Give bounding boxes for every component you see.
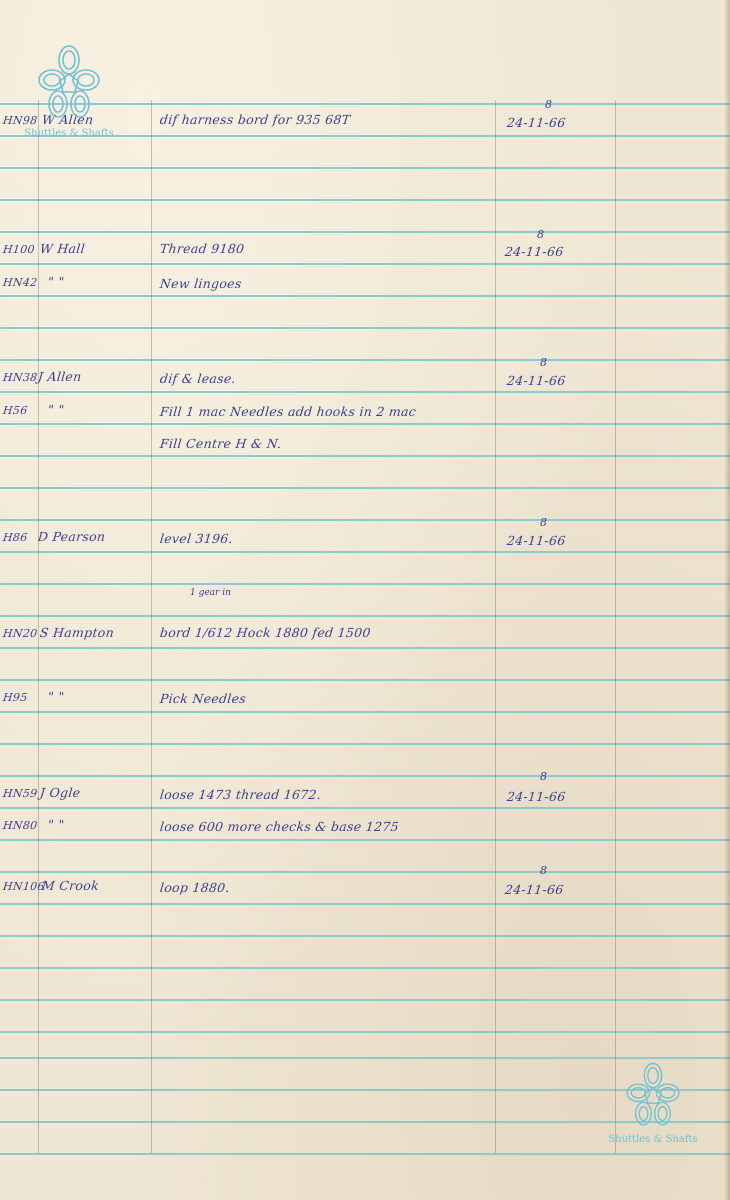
entry-name: D Pearson (37, 529, 106, 544)
ruled-line (0, 263, 730, 265)
entry-note: loose 1473 thread 1672. (159, 787, 322, 802)
ruled-line (0, 775, 730, 777)
ruled-line (0, 1031, 730, 1033)
ruled-line (0, 1057, 730, 1059)
entry-name: S Hampton (39, 625, 115, 640)
watermark-text: Shuttles & Shafts (608, 1134, 698, 1145)
column-rule (151, 100, 152, 1153)
entry-name: M Crook (41, 878, 100, 893)
ruled-line (0, 295, 730, 297)
entry-note: bord 1/612 Hock 1880 fed 1500 (159, 625, 371, 640)
entry-ref: HN59 (2, 787, 38, 800)
watermark-text: Shuttles & Shafts (24, 128, 114, 139)
entry-name: " " (47, 402, 65, 417)
entry-mark: 8 (540, 516, 547, 529)
watermark-logo: Shuttles & Shafts (24, 42, 114, 139)
ruled-line (0, 903, 730, 905)
column-rule (495, 100, 496, 1153)
entry-note: level 3196. (159, 531, 233, 546)
knot-icon (622, 1060, 684, 1136)
watermark-logo: Shuttles & Shafts (608, 1060, 698, 1145)
entry-date: 24-11-66 (506, 373, 566, 388)
ruled-line (0, 839, 730, 841)
ruled-line (0, 551, 730, 553)
ruled-line (0, 615, 730, 617)
ruled-line (0, 935, 730, 937)
entry-ref: HN106 (2, 880, 45, 893)
ruled-line (0, 487, 730, 489)
entry-note: dif harness bord for 935 68T (159, 112, 351, 127)
entry-name: J Allen (37, 369, 82, 384)
entry-mark: 8 (540, 770, 547, 783)
ruled-line (0, 423, 730, 425)
ruled-line (0, 647, 730, 649)
ruled-line (0, 391, 730, 393)
ruled-line (0, 327, 730, 329)
entry-ref: H86 (2, 531, 28, 544)
knot-icon (38, 42, 100, 130)
ruled-line (0, 231, 730, 233)
entry-mark: 8 (540, 356, 547, 369)
ruled-line (0, 679, 730, 681)
ruled-line (0, 967, 730, 969)
ruled-line (0, 711, 730, 713)
ruled-line (0, 455, 730, 457)
entry-name: " " (47, 817, 65, 832)
ruled-line (0, 999, 730, 1001)
ruled-line (0, 359, 730, 361)
entry-ref: H56 (2, 404, 28, 417)
ruled-line (0, 519, 730, 521)
entry-ref: H100 (2, 243, 35, 256)
entry-note: Fill 1 mac Needles add hooks in 2 mac (159, 404, 417, 419)
entry-note: dif & lease. (159, 371, 237, 386)
ruled-line (0, 583, 730, 585)
entry-date: 24-11-66 (506, 115, 566, 130)
entry-date: 24-11-66 (504, 244, 564, 259)
entry-name: J Ogle (39, 785, 81, 800)
entry-ref: HN38 (2, 371, 38, 384)
ruled-line (0, 807, 730, 809)
entry-note: Thread 9180 (159, 241, 245, 256)
ruled-line (0, 199, 730, 201)
entry-note: loose 600 more checks & base 1275 (159, 819, 399, 834)
entry-superscript: 1 gear in (190, 588, 231, 598)
entry-date: 24-11-66 (504, 882, 564, 897)
entry-date: 24-11-66 (506, 533, 566, 548)
entry-note: loop 1880. (159, 880, 230, 895)
book-spine-shadow (724, 0, 730, 1200)
ledger-page: HN98 W Allen dif harness bord for 935 68… (0, 0, 730, 1200)
entry-note: Pick Needles (159, 691, 247, 706)
entry-name: " " (47, 274, 65, 289)
column-rule (615, 100, 616, 1153)
entry-ref: HN42 (2, 276, 38, 289)
entry-mark: 8 (540, 864, 547, 877)
entry-ref: HN20 (2, 627, 38, 640)
entry-note: Fill Centre H & N. (159, 436, 282, 451)
entry-date: 24-11-66 (506, 789, 566, 804)
entry-ref: HN80 (2, 819, 38, 832)
entry-name: " " (47, 689, 65, 704)
ruled-line (0, 743, 730, 745)
entry-note: New lingoes (159, 276, 242, 291)
ruled-line (0, 871, 730, 873)
ruled-line (0, 1153, 730, 1155)
entry-mark: 8 (545, 98, 552, 111)
entry-ref: H95 (2, 691, 28, 704)
ruled-line (0, 167, 730, 169)
entry-mark: 8 (537, 228, 544, 241)
entry-name: W Hall (39, 241, 86, 256)
